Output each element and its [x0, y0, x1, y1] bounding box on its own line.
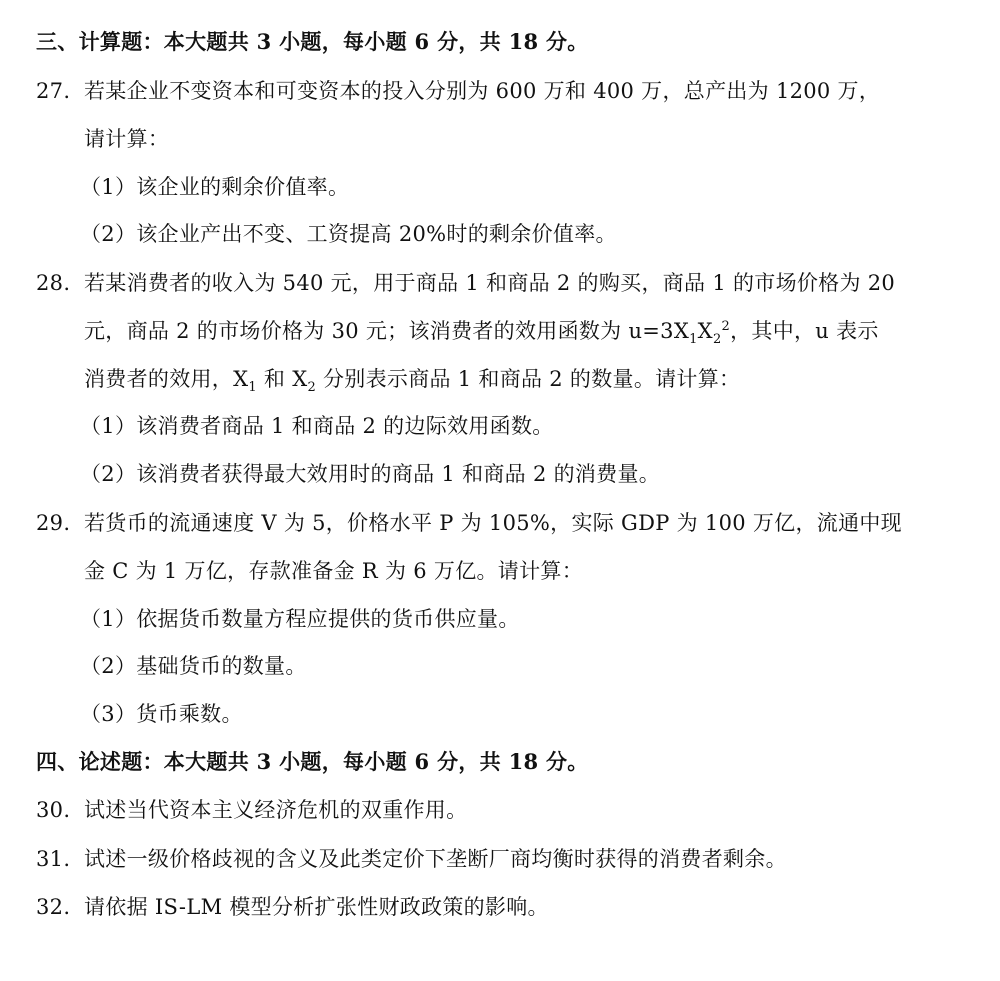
question-text: 若某消费者的收入为 540 元，用于商品 1 和商品 2 的购买，商品 1 的市… — [84, 271, 895, 295]
question-text: 若货币的流通速度 V 为 5，价格水平 P 为 105%，实际 GDP 为 10… — [84, 511, 902, 535]
question-text: 请依据 IS-LM 模型分析扩张性财政政策的影响。 — [84, 895, 549, 919]
superscript: 2 — [722, 319, 731, 334]
text-segment: 消费者的效用，X — [84, 367, 248, 391]
question-number: 31. — [36, 845, 84, 873]
subscript: 2 — [713, 332, 722, 347]
question-28-part-2: （2）该消费者获得最大效用时的商品 1 和商品 2 的消费量。 — [80, 460, 660, 488]
question-number: 29. — [36, 509, 84, 537]
question-28-part-1: （1）该消费者商品 1 和商品 2 的边际效用函数。 — [80, 412, 554, 440]
question-text: 试述一级价格歧视的含义及此类定价下垄断厂商均衡时获得的消费者剩余。 — [84, 847, 787, 871]
subscript: 1 — [248, 380, 257, 395]
question-29: 29.若货币的流通速度 V 为 5，价格水平 P 为 105%，实际 GDP 为… — [36, 509, 902, 537]
question-29-line-2: 金 C 为 1 万亿，存款准备金 R 为 6 万亿。请计算： — [84, 557, 583, 585]
question-number: 27. — [36, 77, 84, 105]
subscript: 1 — [689, 332, 698, 347]
question-27-part-1: （1）该企业的剩余价值率。 — [80, 173, 349, 201]
question-29-part-1: （1）依据货币数量方程应提供的货币供应量。 — [80, 605, 520, 633]
question-number: 30. — [36, 796, 84, 824]
formula-variable: X — [698, 319, 713, 343]
question-text: 试述当代资本主义经济危机的双重作用。 — [84, 798, 467, 822]
subscript: 2 — [307, 380, 316, 395]
question-28: 28.若某消费者的收入为 540 元，用于商品 1 和商品 2 的购买，商品 1… — [36, 269, 895, 297]
question-29-part-3: （3）货币乘数。 — [80, 700, 243, 728]
formula-suffix: ，其中，u 表示 — [730, 319, 879, 343]
question-27-line-2: 请计算： — [84, 125, 169, 153]
exam-page: 三、计算题：本大题共 3 小题，每小题 6 分，共 18 分。 27.若某企业不… — [0, 0, 1000, 981]
question-31: 31.试述一级价格歧视的含义及此类定价下垄断厂商均衡时获得的消费者剩余。 — [36, 845, 787, 873]
text-segment: 和 X — [257, 367, 308, 391]
section-3-heading: 三、计算题：本大题共 3 小题，每小题 6 分，共 18 分。 — [36, 28, 589, 56]
section-4-heading: 四、论述题：本大题共 3 小题，每小题 6 分，共 18 分。 — [36, 748, 589, 776]
formula-prefix: 元，商品 2 的市场价格为 30 元；该消费者的效用函数为 u=3X — [84, 319, 689, 343]
text-segment: 分别表示商品 1 和商品 2 的数量。请计算： — [316, 367, 740, 391]
question-28-line-2: 元，商品 2 的市场价格为 30 元；该消费者的效用函数为 u=3X1X22，其… — [84, 317, 879, 345]
question-28-line-3: 消费者的效用，X1 和 X2 分别表示商品 1 和商品 2 的数量。请计算： — [84, 365, 740, 393]
question-30: 30.试述当代资本主义经济危机的双重作用。 — [36, 796, 467, 824]
question-27: 27.若某企业不变资本和可变资本的投入分别为 600 万和 400 万，总产出为… — [36, 77, 880, 105]
question-number: 28. — [36, 269, 84, 297]
question-29-part-2: （2）基础货币的数量。 — [80, 652, 307, 680]
question-number: 32. — [36, 893, 84, 921]
question-32: 32.请依据 IS-LM 模型分析扩张性财政政策的影响。 — [36, 893, 549, 921]
question-27-part-2: （2）该企业产出不变、工资提高 20%时的剩余价值率。 — [80, 220, 617, 248]
question-text: 若某企业不变资本和可变资本的投入分别为 600 万和 400 万，总产出为 12… — [84, 79, 880, 103]
